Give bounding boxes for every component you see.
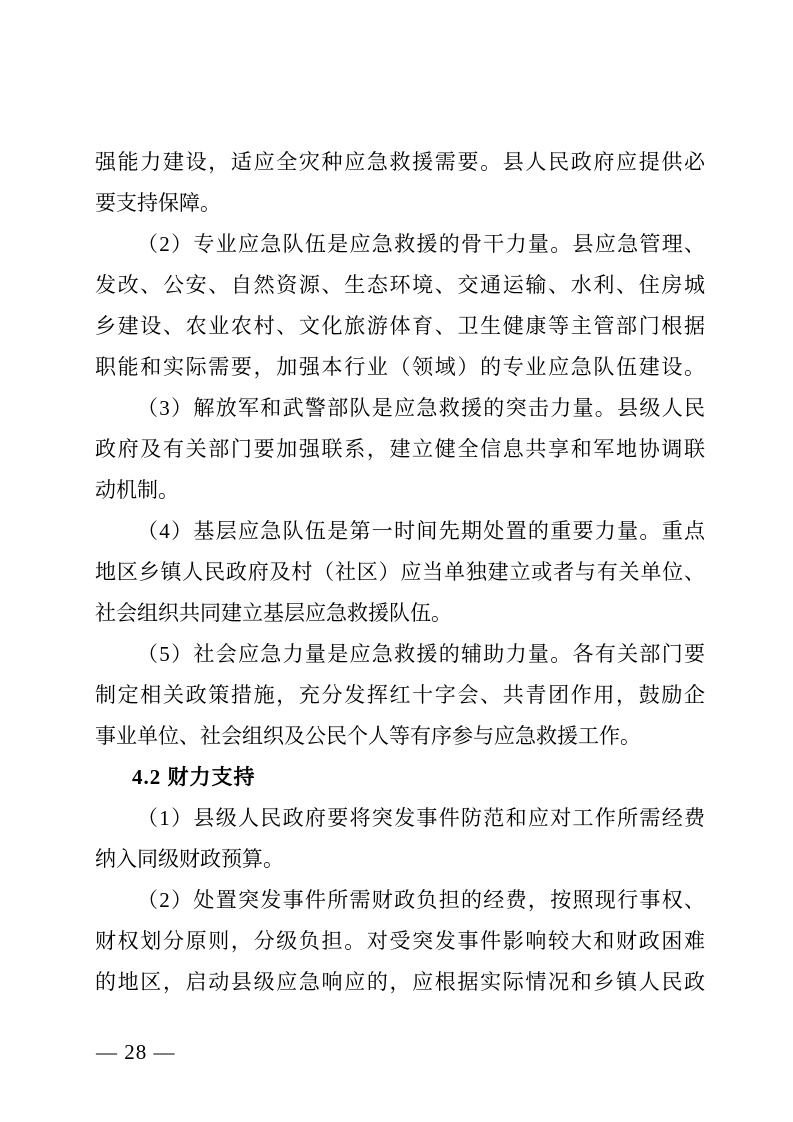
text-line: 动机制。	[95, 470, 705, 511]
text-line: 要支持保障。	[95, 183, 705, 224]
text-line: （5）社会应急力量是应急救援的辅助力量。各有关部门要	[95, 634, 705, 675]
text-line: 的地区，启动县级应急响应的，应根据实际情况和乡镇人民政	[95, 962, 705, 1003]
document-page: 强能力建设，适应全灾种应急救援需要。县人民政府应提供必要支持保障。（2）专业应急…	[0, 0, 793, 1122]
text-line: 制定相关政策措施，充分发挥红十字会、共青团作用，鼓励企	[95, 675, 705, 716]
document-body: 强能力建设，适应全灾种应急救援需要。县人民政府应提供必要支持保障。（2）专业应急…	[95, 142, 705, 1003]
text-line: 地区乡镇人民政府及村（社区）应当单独建立或者与有关单位、	[95, 552, 705, 593]
page-number: — 28 —	[96, 1040, 176, 1064]
text-line: 强能力建设，适应全灾种应急救援需要。县人民政府应提供必	[95, 142, 705, 183]
text-line: 事业单位、社会组织及公民个人等有序参与应急救援工作。	[95, 716, 705, 757]
text-line: 财权划分原则，分级负担。对受突发事件影响较大和财政困难	[95, 921, 705, 962]
text-line: 发改、公安、自然资源、生态环境、交通运输、水利、住房城	[95, 265, 705, 306]
text-line: 职能和实际需要，加强本行业（领域）的专业应急队伍建设。	[95, 347, 705, 388]
text-line: （4）基层应急队伍是第一时间先期处置的重要力量。重点	[95, 511, 705, 552]
text-line: 政府及有关部门要加强联系，建立健全信息共享和军地协调联	[95, 429, 705, 470]
text-line: （1）县级人民政府要将突发事件防范和应对工作所需经费	[95, 798, 705, 839]
text-line: （2）处置突发事件所需财政负担的经费，按照现行事权、	[95, 880, 705, 921]
text-line: 乡建设、农业农村、文化旅游体育、卫生健康等主管部门根据	[95, 306, 705, 347]
text-line: 社会组织共同建立基层应急救援队伍。	[95, 593, 705, 634]
text-line: 纳入同级财政预算。	[95, 839, 705, 880]
text-line: （3）解放军和武警部队是应急救援的突击力量。县级人民	[95, 388, 705, 429]
section-heading: 4.2 财力支持	[95, 757, 705, 798]
text-line: （2）专业应急队伍是应急救援的骨干力量。县应急管理、	[95, 224, 705, 265]
